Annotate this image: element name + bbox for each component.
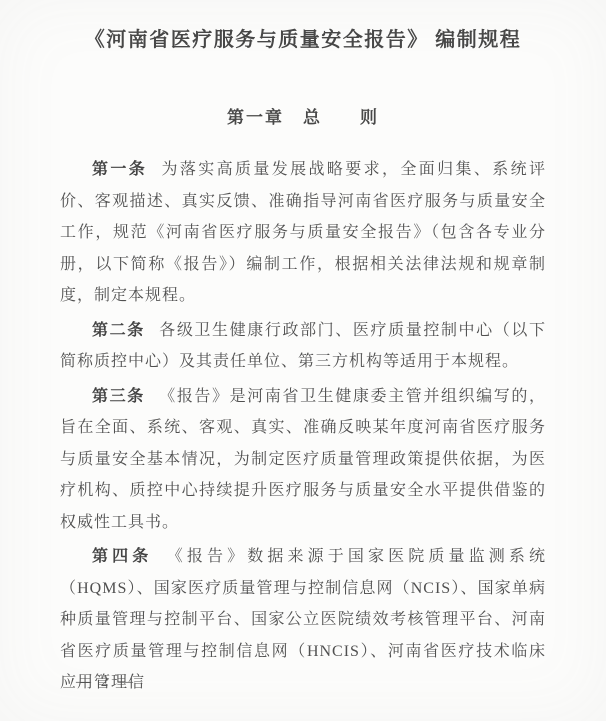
article-1-text: 为落实高质量发展战略要求，全面归集、系统评价、客观描述、真实反馈、准确指导河南省… [60,161,546,304]
document-title: 《河南省医疗服务与质量安全报告》 编制规程 [60,27,546,53]
article-1-label: 第一条 [92,161,147,178]
document-body: 第一条为落实高质量发展战略要求，全面归集、系统评价、客观描述、真实反馈、准确指导… [60,154,546,699]
page-number: — 2 — [76,674,136,691]
article-3-text: 《报告》是河南省卫生健康委主管并组织编写的，旨在全面、系统、客观、真实、准确反映… [60,388,546,531]
article-2: 第二条各级卫生健康行政部门、医疗质量控制中心（以下简称质控中心）及其责任单位、第… [60,315,546,378]
article-2-label: 第二条 [92,322,145,339]
article-3: 第三条《报告》是河南省卫生健康委主管并组织编写的，旨在全面、系统、客观、真实、准… [60,381,546,539]
article-1: 第一条为落实高质量发展战略要求，全面归集、系统评价、客观描述、真实反馈、准确指导… [60,154,546,312]
article-4-text: 《报告》数据来源于国家医院质量监测系统（HQMS）、国家医疗质量管理与控制信息网… [60,548,546,691]
chapter-heading: 第一章 总 则 [60,107,546,129]
document-page: 《河南省医疗服务与质量安全报告》 编制规程 第一章 总 则 第一条为落实高质量发… [0,0,606,721]
article-3-label: 第三条 [92,388,145,405]
article-4-label: 第四条 [92,548,152,565]
